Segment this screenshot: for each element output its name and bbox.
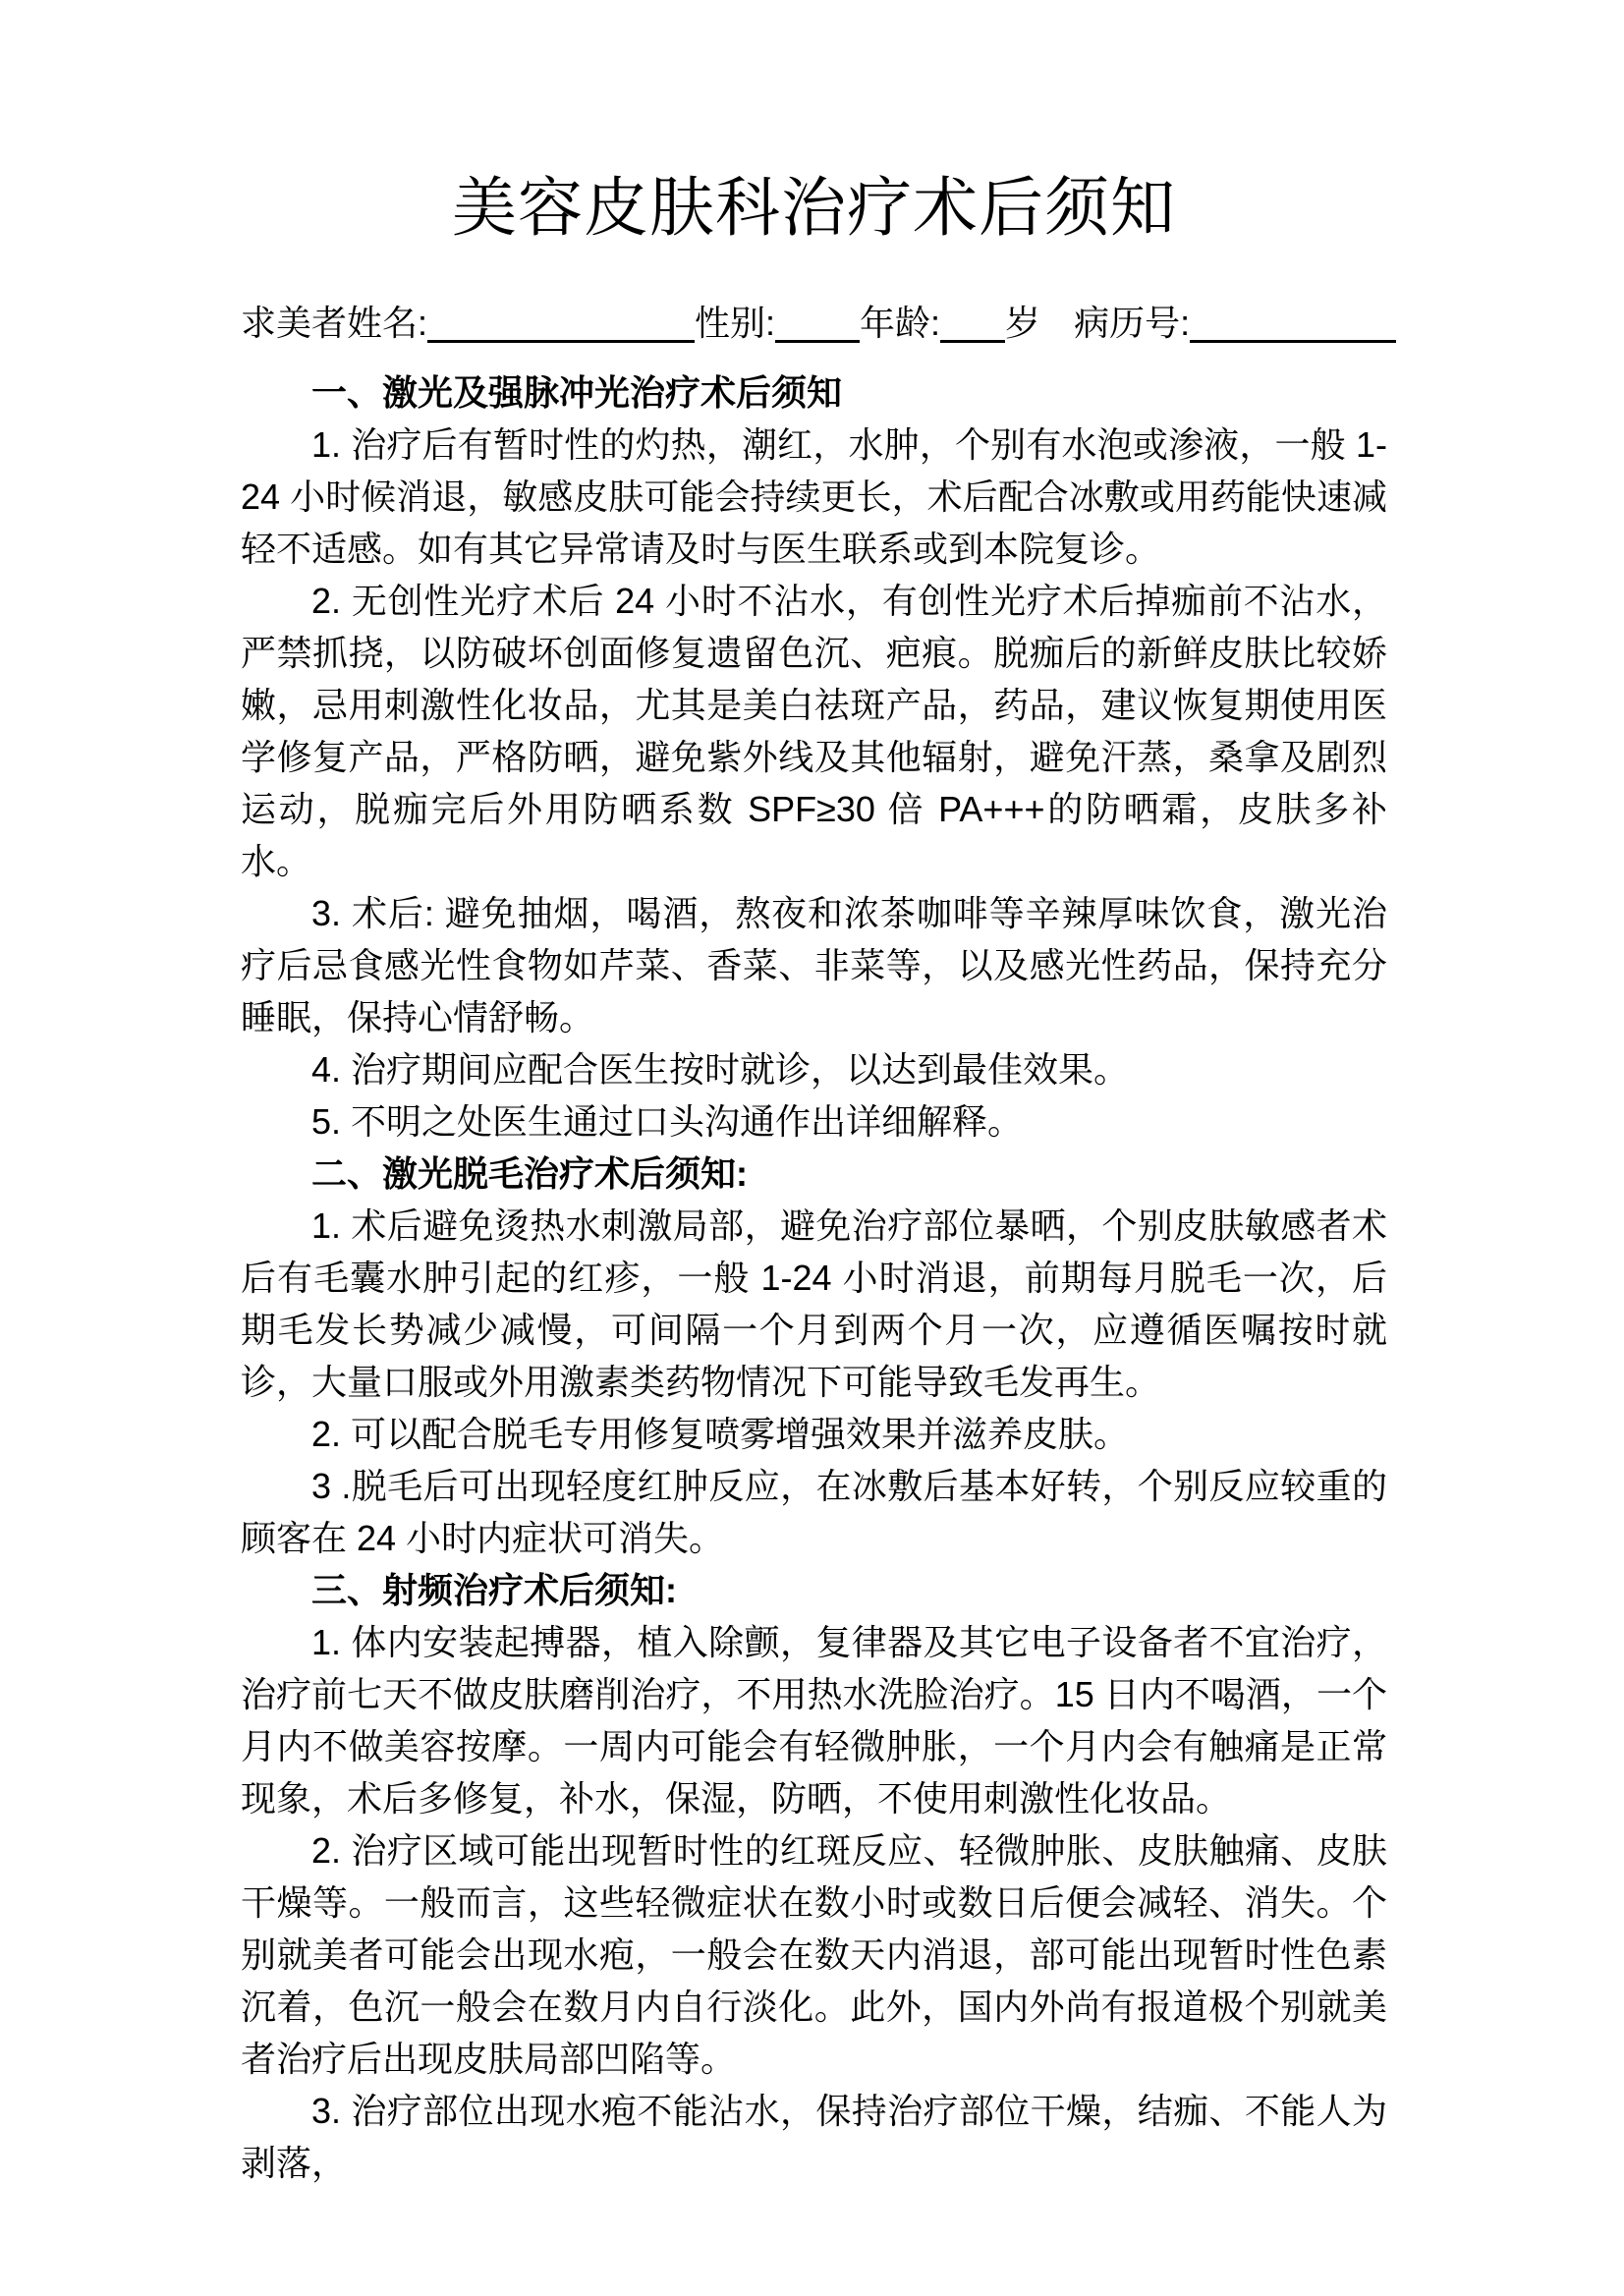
patient-info-line: 求美者姓名:性别:年龄:岁病历号: [241, 297, 1387, 349]
age-suffix-label: 岁 [1005, 303, 1040, 343]
section-1-item-4: 4. 治疗期间应配合医生按时就诊，以达到最佳效果。 [241, 1043, 1387, 1095]
section-2-heading: 二、激光脱毛治疗术后须知: [241, 1148, 1387, 1200]
gender-blank [775, 303, 860, 343]
document-page: 美容皮肤科治疗术后须知 求美者姓名:性别:年龄:岁病历号: 一、激光及强脉冲光治… [0, 0, 1624, 2296]
section-3-item-1: 1. 体内安装起搏器，植入除颤，复律器及其它电子设备者不宜治疗，治疗前七天不做皮… [241, 1616, 1387, 1824]
record-number-label: 病历号: [1074, 303, 1190, 343]
age-label: 年龄: [860, 303, 940, 343]
gender-label: 性别: [695, 303, 775, 343]
document-title: 美容皮肤科治疗术后须知 [241, 0, 1387, 246]
section-3-heading: 三、射频治疗术后须知: [241, 1564, 1387, 1616]
section-1-item-2: 2. 无创性光疗术后 24 小时不沾水，有创性光疗术后掉痂前不沾水，严禁抓挠，以… [241, 575, 1387, 887]
section-1-heading: 一、激光及强脉冲光治疗术后须知 [241, 366, 1387, 419]
age-blank [940, 303, 1005, 343]
section-1-item-5: 5. 不明之处医生通过口头沟通作出详细解释。 [241, 1095, 1387, 1148]
section-2-item-1: 1. 术后避免烫热水刺激局部，避免治疗部位暴晒，个别皮肤敏感者术后有毛囊水肿引起… [241, 1200, 1387, 1408]
section-3-item-3: 3. 治疗部位出现水疱不能沾水，保持治疗部位干燥，结痂、不能人为剥落， [241, 2085, 1387, 2189]
section-1-item-1: 1. 治疗后有暂时性的灼热，潮红，水肿，个别有水泡或渗液，一般 1-24 小时候… [241, 419, 1387, 575]
document-body: 一、激光及强脉冲光治疗术后须知 1. 治疗后有暂时性的灼热，潮红，水肿，个别有水… [241, 366, 1387, 2189]
section-2-item-3: 3 .脱毛后可出现轻度红肿反应，在冰敷后基本好转，个别反应较重的顾客在 24 小… [241, 1460, 1387, 1564]
section-1-item-3: 3. 术后: 避免抽烟，喝酒，熬夜和浓茶咖啡等辛辣厚味饮食，激光治疗后忌食感光性… [241, 887, 1387, 1043]
section-2-item-2: 2. 可以配合脱毛专用修复喷雾增强效果并滋养皮肤。 [241, 1408, 1387, 1460]
patient-name-blank [427, 303, 695, 343]
section-3-item-2: 2. 治疗区域可能出现暂时性的红斑反应、轻微肿胀、皮肤触痛、皮肤干燥等。一般而言… [241, 1824, 1387, 2085]
patient-name-label: 求美者姓名: [241, 303, 427, 343]
record-number-blank [1190, 303, 1396, 343]
